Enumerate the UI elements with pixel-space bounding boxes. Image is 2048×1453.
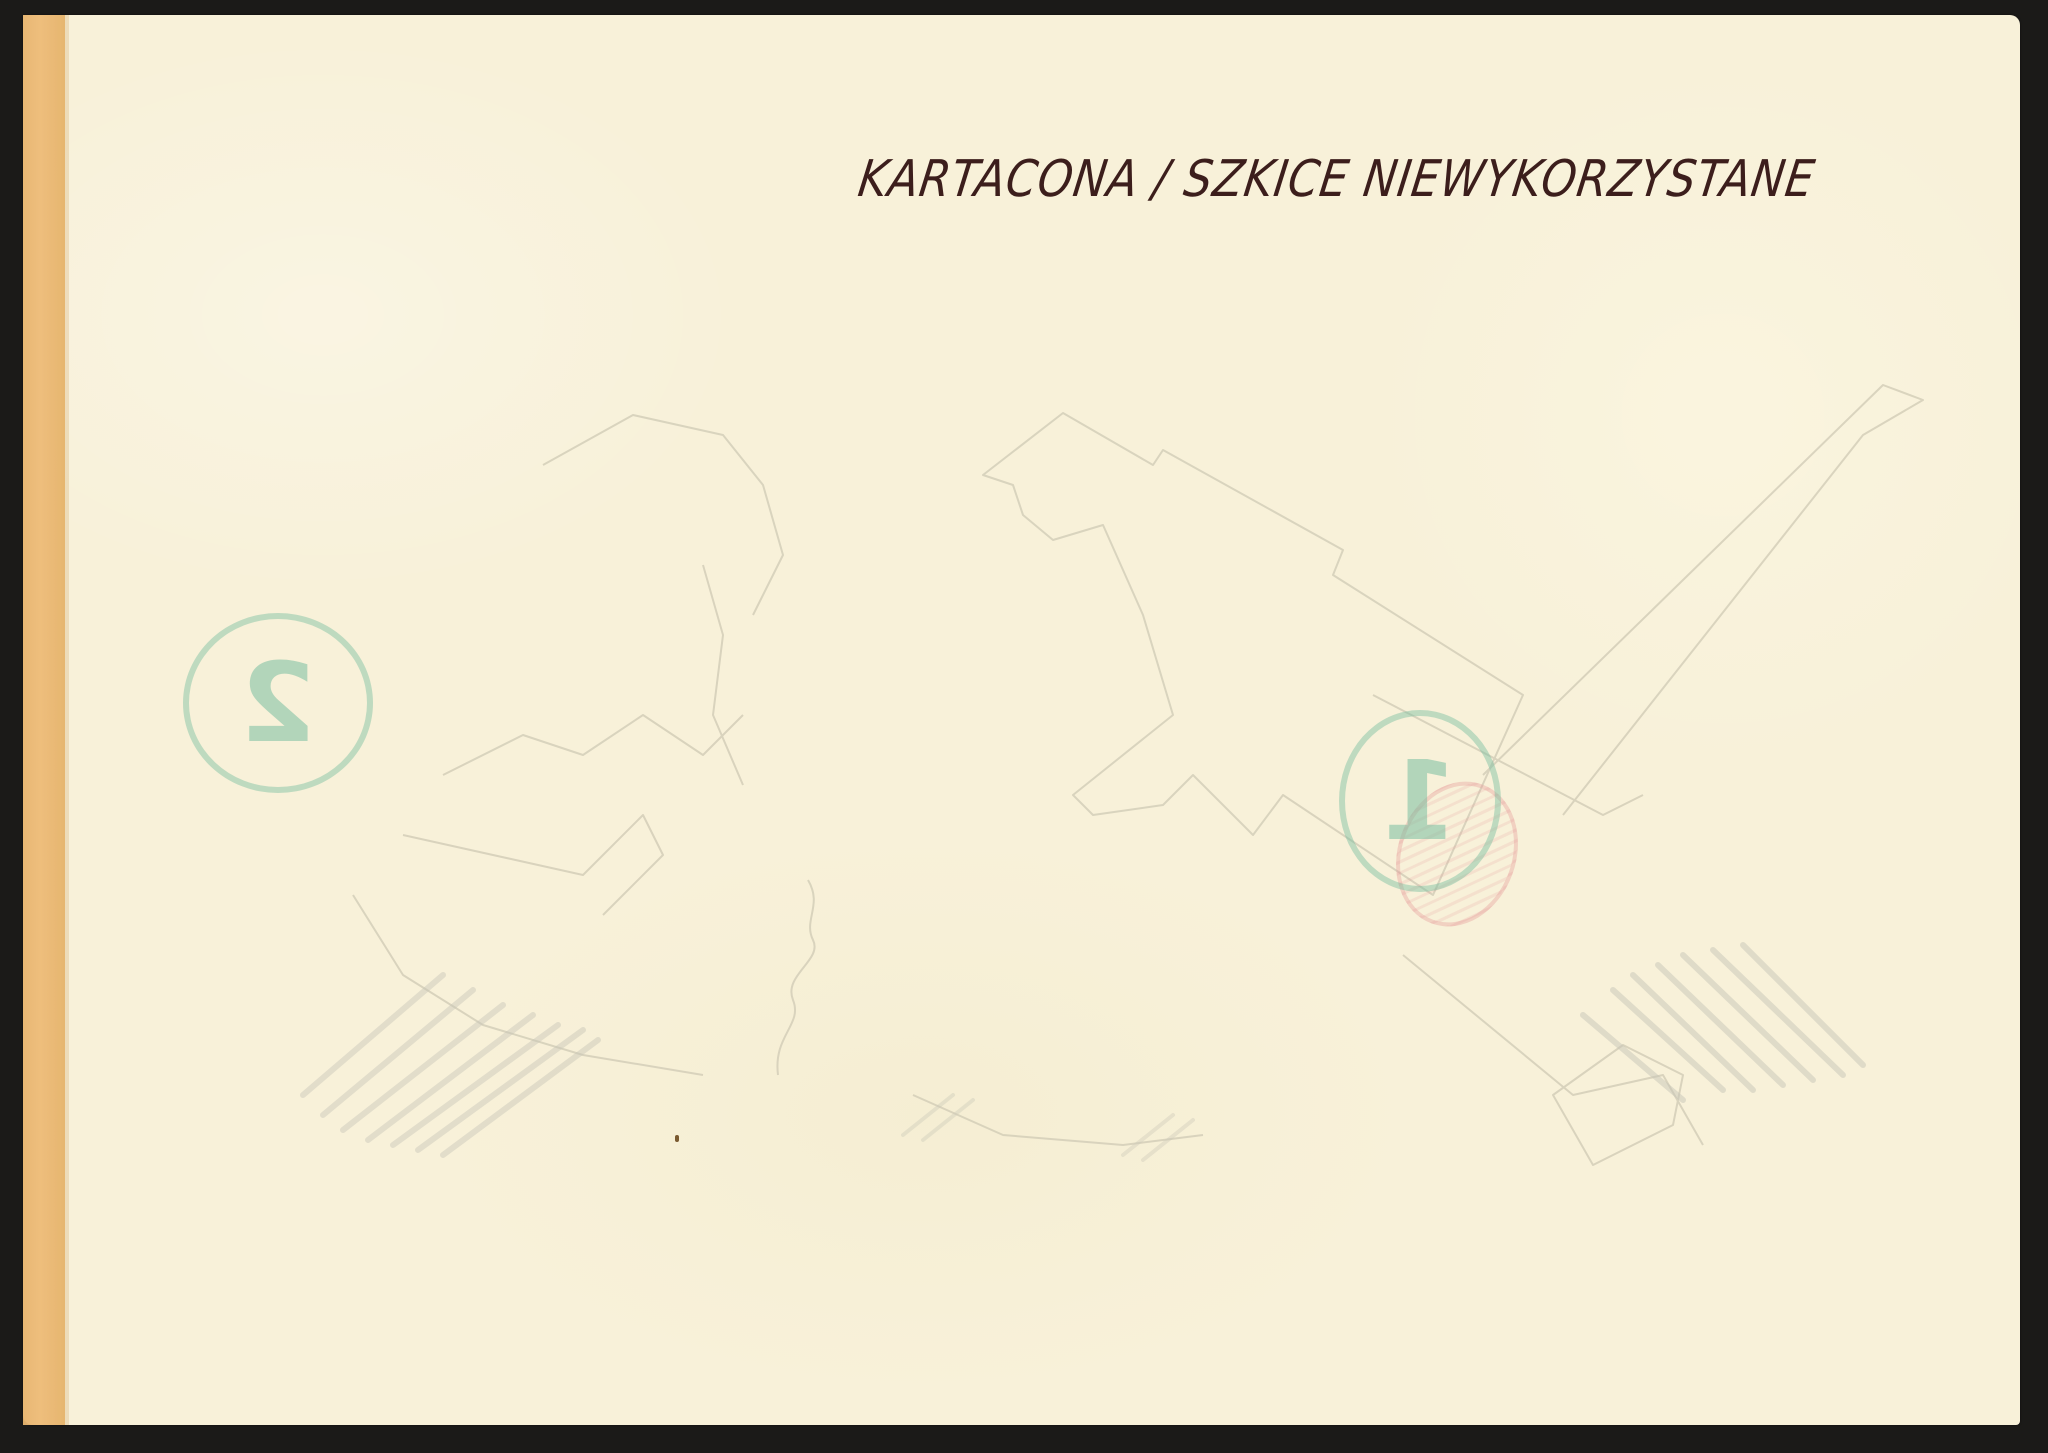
circled-number-2-label: 2 bbox=[240, 639, 317, 767]
circled-number-2: 2 bbox=[183, 613, 373, 793]
circled-number-1-label: 1 bbox=[1382, 737, 1459, 865]
circled-number-1: 1 bbox=[1339, 710, 1501, 892]
handwritten-title: KARTACONA / SZKICE NIEWYKORZYSTANE bbox=[855, 150, 1903, 209]
paper-speck bbox=[675, 1135, 679, 1142]
paper-sheet: KARTACONA / SZKICE NIEWYKORZYSTANE 2 1 bbox=[23, 15, 2020, 1425]
